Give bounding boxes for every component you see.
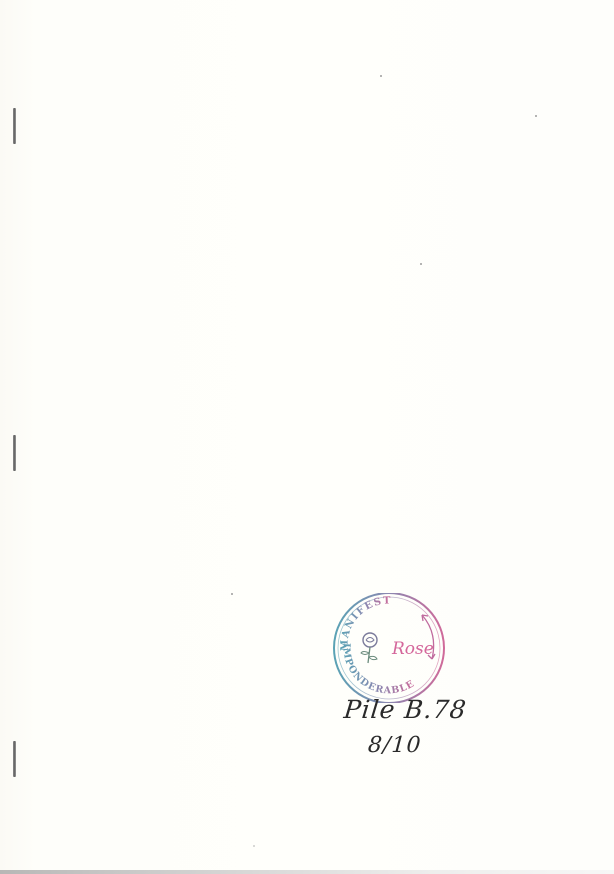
dust-speck — [253, 845, 255, 847]
stamp-top-text: MANIFEST — [340, 595, 393, 651]
scan-edge-shadow — [0, 870, 614, 874]
rose-icon — [361, 633, 377, 663]
page: MANIFEST IMPONDERABLE Rose Pile B.78 8/1… — [0, 0, 614, 874]
rubber-stamp: MANIFEST IMPONDERABLE Rose — [330, 593, 448, 703]
stamp-center-text: Rose — [391, 639, 434, 659]
staple-icon — [13, 741, 16, 777]
svg-text:MANIFEST: MANIFEST — [340, 595, 393, 651]
dust-speck — [380, 75, 382, 77]
handwritten-pile-number: Pile B.78 — [342, 695, 468, 724]
dust-speck — [231, 593, 233, 595]
handwritten-edition-number: 8/10 — [367, 733, 422, 758]
dust-speck — [535, 115, 537, 117]
staple-icon — [13, 108, 16, 144]
staple-icon — [13, 435, 16, 471]
dust-speck — [420, 263, 422, 265]
